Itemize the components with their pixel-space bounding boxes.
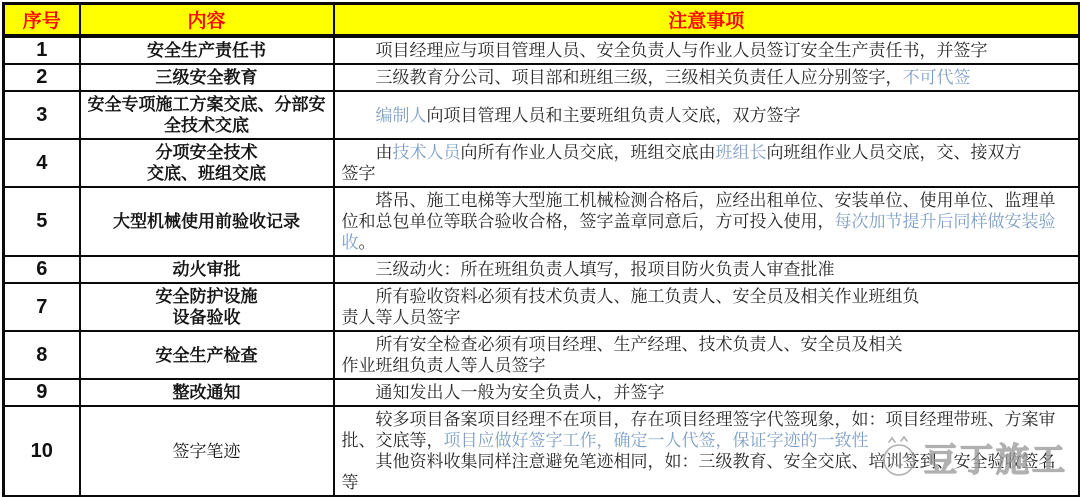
row-number-cell: 1 [4,36,80,64]
table-row: 6动火审批三级动火：所在班组负责人填写，报项目防火负责人审查批准 [4,256,1080,283]
note-paragraph: 通知发出人一般为安全负责人，并签字 [342,382,1073,403]
notes-cell: 三级动火：所在班组负责人填写，报项目防火负责人审查批准 [334,256,1080,283]
table-header: 序号 内容 注意事项 [4,4,1080,37]
notes-cell: 所有验收资料必须有技术负责人、施工负责人、安全员及相关作业班组负责人等人员签字 [334,283,1080,331]
content-cell: 签字笔迹 [80,406,334,497]
note-paragraph: 所有安全检查必须有项目经理、生产经理、技术负责人、安全员及相关作业班组负责人等人… [342,334,1073,376]
note-text: 向所有作业人员交底，班组交底由 [461,143,716,162]
note-highlight: 编制人 [376,106,427,125]
content-cell: 整改通知 [80,379,334,406]
note-text: 三级教育分公司、项目部和班组三级，三级相关负责任人应分别签字， [376,68,903,87]
notes-cell: 三级教育分公司、项目部和班组三级，三级相关负责任人应分别签字，不可代签 [334,64,1080,91]
row-number-cell: 6 [4,256,80,283]
note-text: 向项目管理人员和主要班组负责人交底，双方签字 [427,106,801,125]
row-number-cell: 5 [4,187,80,256]
note-text: 通知发出人一般为安全负责人，并签字 [376,383,665,402]
content-cell: 三级安全教育 [80,64,334,91]
note-paragraph: 项目经理应与项目管理人员、安全负责人与作业人员签订安全生产责任书，并签字 [342,40,1073,61]
row-number-cell: 3 [4,91,80,139]
content-cell: 安全专项施工方案交底、分部安全技术交底 [80,91,334,139]
notes-cell: 塔吊、施工电梯等大型施工机械检测合格后，应经出租单位、安装单位、使用单位、监理单… [334,187,1080,256]
table-body: 1安全生产责任书项目经理应与项目管理人员、安全负责人与作业人员签订安全生产责任书… [4,36,1080,497]
table-row: 10签字笔迹较多项目备案项目经理不在项目，存在项目经理签字代签现象，如：项目经理… [4,406,1080,497]
row-number-cell: 8 [4,331,80,379]
note-text: 由 [376,143,393,162]
row-number-cell: 2 [4,64,80,91]
col-header-notes: 注意事项 [334,4,1080,37]
note-paragraph: 其他资料收集同样注意避免笔迹相同，如：三级教育、安全交底、培训签到、安全验收签名… [342,451,1073,493]
notes-cell: 编制人向项目管理人员和主要班组负责人交底，双方签字 [334,91,1080,139]
row-number-cell: 10 [4,406,80,497]
note-paragraph: 塔吊、施工电梯等大型施工机械检测合格后，应经出租单位、安装单位、使用单位、监理单… [342,190,1073,253]
note-paragraph: 所有验收资料必须有技术负责人、施工负责人、安全员及相关作业班组负责人等人员签字 [342,286,1073,328]
note-text: 签字 [342,164,376,183]
note-text: 项目经理应与项目管理人员、安全负责人与作业人员签订安全生产责任书，并签字 [376,41,988,60]
table-row: 7安全防护设施设备验收所有验收资料必须有技术负责人、施工负责人、安全员及相关作业… [4,283,1080,331]
note-text: 向班组作业人员交底，交、接双方 [767,143,1022,162]
content-cell: 分项安全技术交底、班组交底 [80,139,334,187]
note-text: 所有安全检查必须有项目经理、生产经理、技术负责人、安全员及相关 [376,335,903,354]
note-highlight: 项目应做好签字工作，确定一人代签，保证字迹的一致性 [444,431,869,450]
note-highlight: 不可代签 [903,68,971,87]
table-row: 2三级安全教育三级教育分公司、项目部和班组三级，三级相关负责任人应分别签字，不可… [4,64,1080,91]
notes-cell: 较多项目备案项目经理不在项目，存在项目经理签字代签现象，如：项目经理带班、方案审… [334,406,1080,497]
row-number-cell: 4 [4,139,80,187]
col-header-index: 序号 [4,4,80,37]
table-row: 5大型机械使用前验收记录塔吊、施工电梯等大型施工机械检测合格后，应经出租单位、安… [4,187,1080,256]
note-highlight: 技术人员 [393,143,461,162]
content-cell: 安全防护设施设备验收 [80,283,334,331]
notes-cell: 通知发出人一般为安全负责人，并签字 [334,379,1080,406]
content-cell: 安全生产检查 [80,331,334,379]
note-paragraph: 较多项目备案项目经理不在项目，存在项目经理签字代签现象，如：项目经理带班、方案审… [342,409,1073,451]
table-row: 4分项安全技术交底、班组交底由技术人员向所有作业人员交底，班组交底由班组长向班组… [4,139,1080,187]
table-row: 3安全专项施工方案交底、分部安全技术交底编制人向项目管理人员和主要班组负责人交底… [4,91,1080,139]
note-highlight: 班组长 [716,143,767,162]
note-paragraph: 三级教育分公司、项目部和班组三级，三级相关负责任人应分别签字，不可代签 [342,67,1073,88]
notes-cell: 由技术人员向所有作业人员交底，班组交底由班组长向班组作业人员交底，交、接双方签字 [334,139,1080,187]
note-text: 其他资料收集同样注意避免笔迹相同，如：三级教育、安全交底、培训签到、安全验收签名… [342,452,1056,492]
table-row: 1安全生产责任书项目经理应与项目管理人员、安全负责人与作业人员签订安全生产责任书… [4,36,1080,64]
note-text: 。 [359,233,376,252]
safety-document-page: 序号 内容 注意事项 1安全生产责任书项目经理应与项目管理人员、安全负责人与作业… [0,0,1080,497]
notes-cell: 所有安全检查必须有项目经理、生产经理、技术负责人、安全员及相关作业班组负责人等人… [334,331,1080,379]
content-cell: 安全生产责任书 [80,36,334,64]
notes-cell: 项目经理应与项目管理人员、安全负责人与作业人员签订安全生产责任书，并签字 [334,36,1080,64]
note-text: 作业班组负责人等人员签字 [342,356,546,375]
col-header-content: 内容 [80,4,334,37]
note-text: 责人等人员签字 [342,308,461,327]
note-text: 三级动火：所在班组负责人填写，报项目防火负责人审查批准 [376,260,835,279]
table-row: 9整改通知通知发出人一般为安全负责人，并签字 [4,379,1080,406]
note-paragraph: 由技术人员向所有作业人员交底，班组交底由班组长向班组作业人员交底，交、接双方签字 [342,142,1073,184]
table-row: 8安全生产检查所有安全检查必须有项目经理、生产经理、技术负责人、安全员及相关作业… [4,331,1080,379]
row-number-cell: 7 [4,283,80,331]
safety-signature-table: 序号 内容 注意事项 1安全生产责任书项目经理应与项目管理人员、安全负责人与作业… [2,2,1080,497]
note-paragraph: 三级动火：所在班组负责人填写，报项目防火负责人审查批准 [342,259,1073,280]
content-cell: 大型机械使用前验收记录 [80,187,334,256]
row-number-cell: 9 [4,379,80,406]
note-text: 所有验收资料必须有技术负责人、施工负责人、安全员及相关作业班组负 [376,287,920,306]
note-paragraph: 编制人向项目管理人员和主要班组负责人交底，双方签字 [342,105,1073,126]
content-cell: 动火审批 [80,256,334,283]
header-row: 序号 内容 注意事项 [4,4,1080,37]
